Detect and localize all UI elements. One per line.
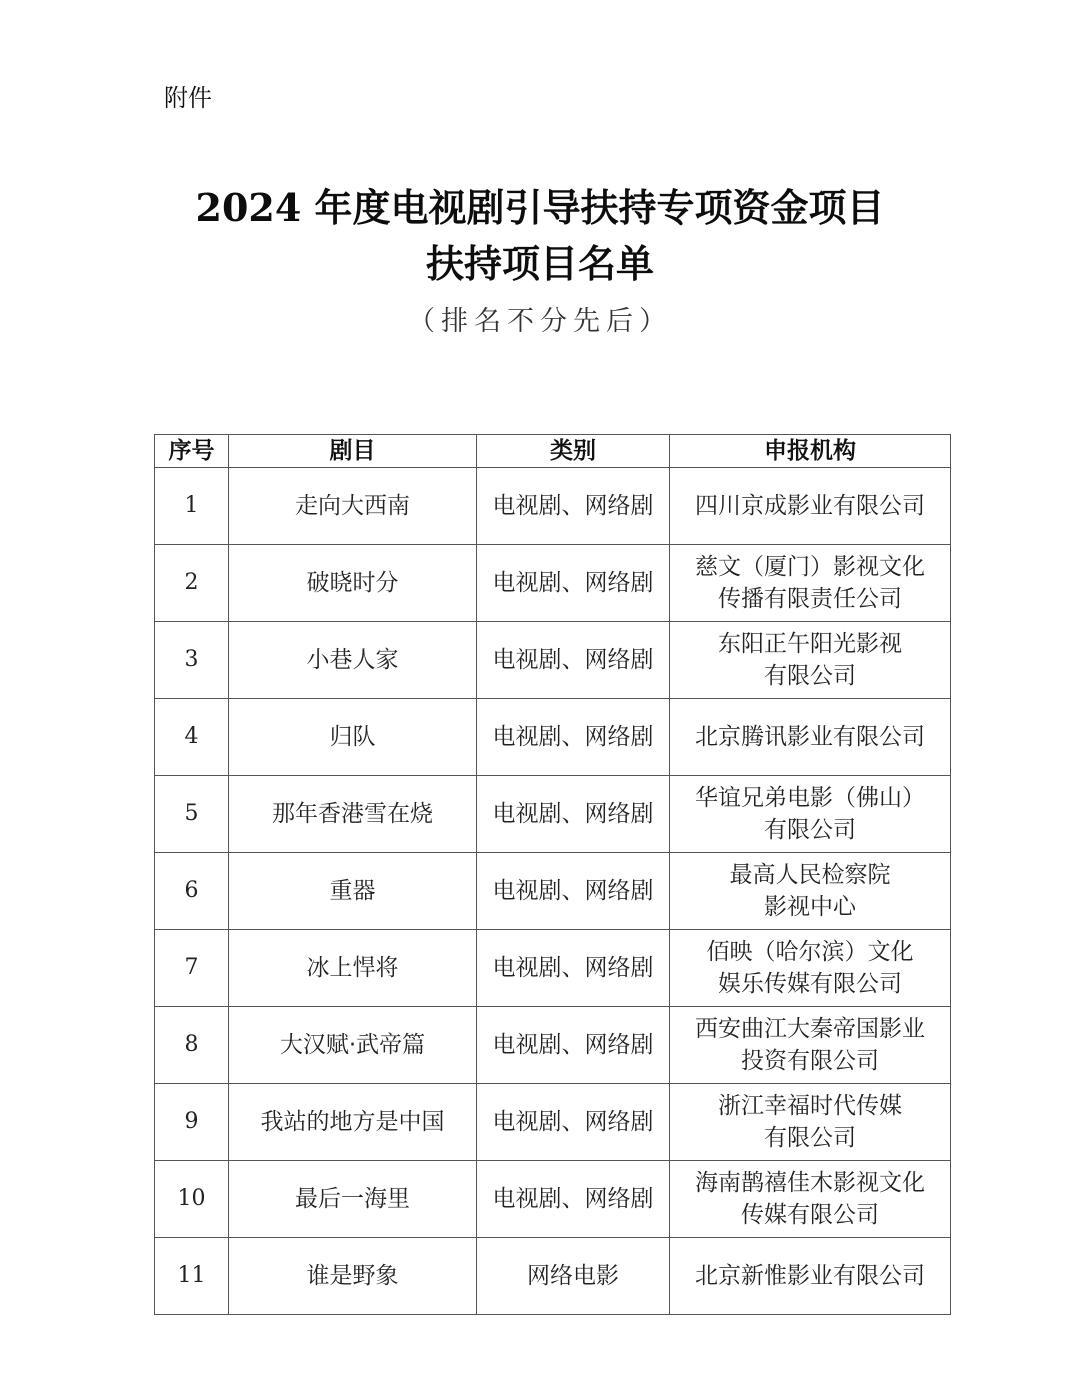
row-number: 3 <box>155 622 229 699</box>
document-title-line1: 2024 年度电视剧引导扶持专项资金项目 <box>0 184 1080 232</box>
org-line2: 投资有限公司 <box>674 1045 946 1077</box>
row-number: 9 <box>155 1084 229 1161</box>
project-list-table: 序号 剧目 类别 申报机构 1 走向大西南 电视剧、网络剧 四川京成影业有限公司… <box>154 434 951 1315</box>
row-category: 电视剧、网络剧 <box>477 1161 670 1238</box>
row-number: 4 <box>155 699 229 776</box>
org-line1: 北京新惟影业有限公司 <box>674 1260 946 1292</box>
row-category: 电视剧、网络剧 <box>477 853 670 930</box>
org-line1: 慈文（厦门）影视文化 <box>674 551 946 583</box>
org-line1: 最高人民检察院 <box>674 859 946 891</box>
row-title: 冰上悍将 <box>229 930 477 1007</box>
row-title: 那年香港雪在烧 <box>229 776 477 853</box>
row-title: 大汉赋·武帝篇 <box>229 1007 477 1084</box>
row-title: 最后一海里 <box>229 1161 477 1238</box>
row-number: 11 <box>155 1238 229 1315</box>
org-line1: 东阳正午阳光影视 <box>674 628 946 660</box>
document-title-line2: 扶持项目名单 <box>0 240 1080 288</box>
row-organization: 佰映（哈尔滨）文化娱乐传媒有限公司 <box>670 930 951 1007</box>
org-line2: 传播有限责任公司 <box>674 583 946 615</box>
org-line2: 有限公司 <box>674 814 946 846</box>
row-organization: 华谊兄弟电影（佛山）有限公司 <box>670 776 951 853</box>
table-row: 10 最后一海里 电视剧、网络剧 海南鹊禧佳木影视文化传媒有限公司 <box>155 1161 951 1238</box>
row-number: 2 <box>155 545 229 622</box>
row-title: 走向大西南 <box>229 468 477 545</box>
table-header-row: 序号 剧目 类别 申报机构 <box>155 435 951 468</box>
org-line1: 北京腾讯影业有限公司 <box>674 721 946 753</box>
table-row: 9 我站的地方是中国 电视剧、网络剧 浙江幸福时代传媒有限公司 <box>155 1084 951 1161</box>
org-line1: 华谊兄弟电影（佛山） <box>674 782 946 814</box>
header-organization: 申报机构 <box>670 435 951 468</box>
org-line2: 影视中心 <box>674 891 946 923</box>
row-category: 电视剧、网络剧 <box>477 545 670 622</box>
org-line2: 娱乐传媒有限公司 <box>674 968 946 1000</box>
row-title: 谁是野象 <box>229 1238 477 1315</box>
org-line1: 浙江幸福时代传媒 <box>674 1090 946 1122</box>
org-line1: 西安曲江大秦帝国影业 <box>674 1013 946 1045</box>
org-line2: 传媒有限公司 <box>674 1199 946 1231</box>
row-organization: 北京腾讯影业有限公司 <box>670 699 951 776</box>
row-title: 归队 <box>229 699 477 776</box>
row-organization: 四川京成影业有限公司 <box>670 468 951 545</box>
table-row: 3 小巷人家 电视剧、网络剧 东阳正午阳光影视有限公司 <box>155 622 951 699</box>
org-line1: 四川京成影业有限公司 <box>674 490 946 522</box>
attachment-label: 附件 <box>164 82 212 114</box>
header-number: 序号 <box>155 435 229 468</box>
org-line2: 有限公司 <box>674 1122 946 1154</box>
row-organization: 西安曲江大秦帝国影业投资有限公司 <box>670 1007 951 1084</box>
row-title: 我站的地方是中国 <box>229 1084 477 1161</box>
row-category: 网络电影 <box>477 1238 670 1315</box>
table-row: 4 归队 电视剧、网络剧 北京腾讯影业有限公司 <box>155 699 951 776</box>
table-row: 1 走向大西南 电视剧、网络剧 四川京成影业有限公司 <box>155 468 951 545</box>
row-organization: 海南鹊禧佳木影视文化传媒有限公司 <box>670 1161 951 1238</box>
document-subtitle: （排名不分先后） <box>0 302 1080 342</box>
row-organization: 最高人民检察院影视中心 <box>670 853 951 930</box>
row-number: 8 <box>155 1007 229 1084</box>
table-row: 8 大汉赋·武帝篇 电视剧、网络剧 西安曲江大秦帝国影业投资有限公司 <box>155 1007 951 1084</box>
table-row: 5 那年香港雪在烧 电视剧、网络剧 华谊兄弟电影（佛山）有限公司 <box>155 776 951 853</box>
row-number: 6 <box>155 853 229 930</box>
table-row: 2 破晓时分 电视剧、网络剧 慈文（厦门）影视文化传播有限责任公司 <box>155 545 951 622</box>
table-row: 7 冰上悍将 电视剧、网络剧 佰映（哈尔滨）文化娱乐传媒有限公司 <box>155 930 951 1007</box>
header-category: 类别 <box>477 435 670 468</box>
row-organization: 东阳正午阳光影视有限公司 <box>670 622 951 699</box>
row-category: 电视剧、网络剧 <box>477 622 670 699</box>
header-title: 剧目 <box>229 435 477 468</box>
table-row: 11 谁是野象 网络电影 北京新惟影业有限公司 <box>155 1238 951 1315</box>
row-category: 电视剧、网络剧 <box>477 468 670 545</box>
row-category: 电视剧、网络剧 <box>477 1084 670 1161</box>
row-category: 电视剧、网络剧 <box>477 699 670 776</box>
table-row: 6 重器 电视剧、网络剧 最高人民检察院影视中心 <box>155 853 951 930</box>
row-category: 电视剧、网络剧 <box>477 1007 670 1084</box>
row-title: 破晓时分 <box>229 545 477 622</box>
row-category: 电视剧、网络剧 <box>477 930 670 1007</box>
org-line1: 海南鹊禧佳木影视文化 <box>674 1167 946 1199</box>
row-title: 重器 <box>229 853 477 930</box>
row-organization: 浙江幸福时代传媒有限公司 <box>670 1084 951 1161</box>
row-number: 5 <box>155 776 229 853</box>
org-line1: 佰映（哈尔滨）文化 <box>674 936 946 968</box>
row-number: 1 <box>155 468 229 545</box>
row-number: 10 <box>155 1161 229 1238</box>
row-category: 电视剧、网络剧 <box>477 776 670 853</box>
row-title: 小巷人家 <box>229 622 477 699</box>
org-line2: 有限公司 <box>674 660 946 692</box>
row-organization: 慈文（厦门）影视文化传播有限责任公司 <box>670 545 951 622</box>
row-number: 7 <box>155 930 229 1007</box>
row-organization: 北京新惟影业有限公司 <box>670 1238 951 1315</box>
